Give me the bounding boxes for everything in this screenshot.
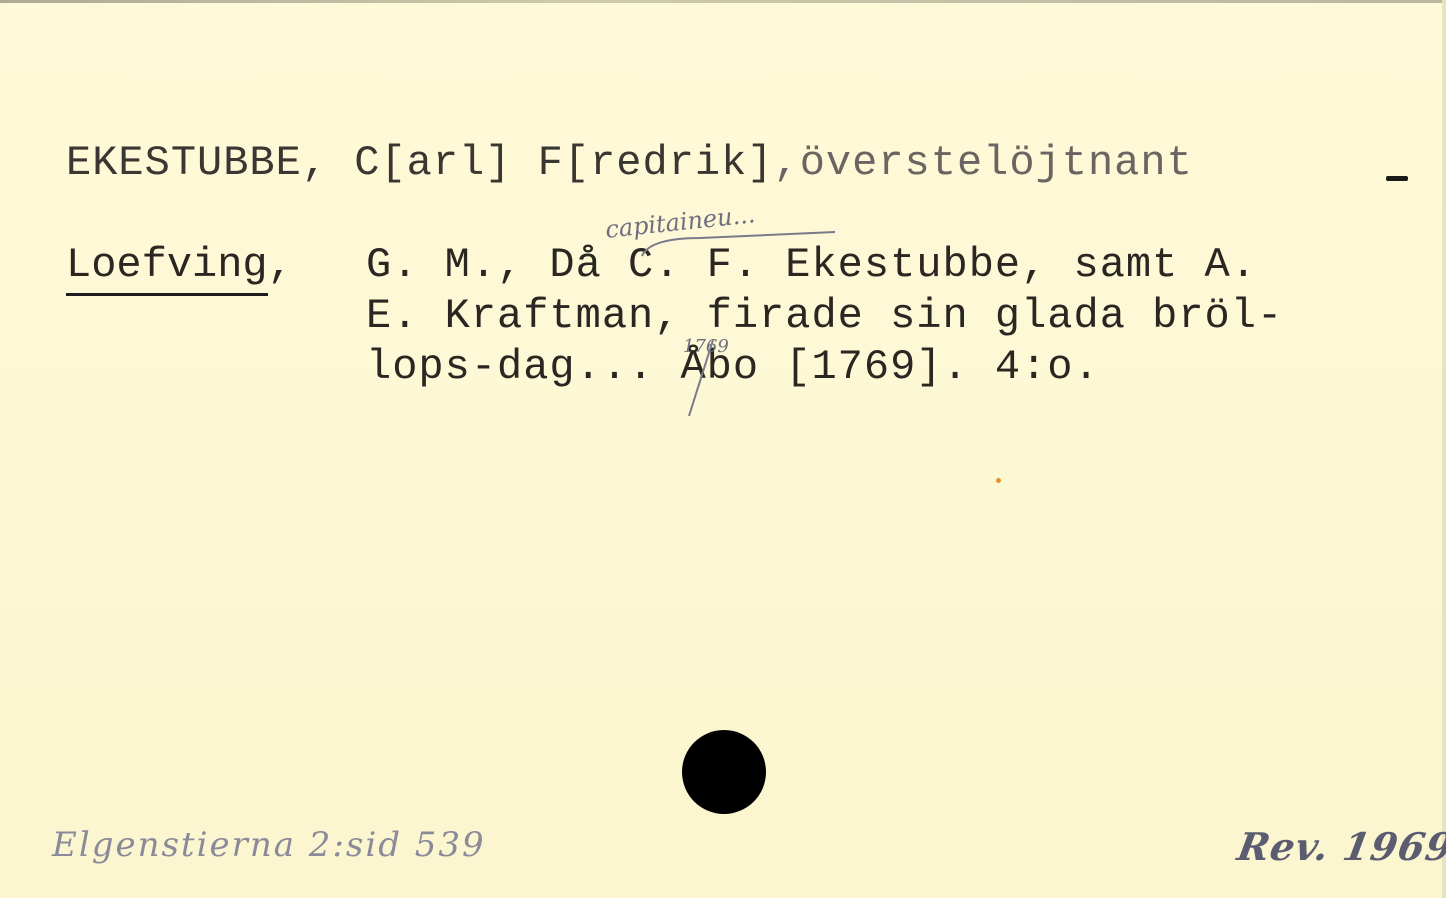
entry-line-3: lops-dag... Åbo [1769]. 4:o.: [366, 346, 1100, 388]
margin-dash-mark: [1386, 176, 1408, 181]
card-right-edge: [1442, 0, 1446, 898]
entry-line-2: E. Kraftman, firade sin glada bröl-: [366, 295, 1283, 337]
catalog-card: EKESTUBBE, C[arl] F[redrik],överstelöjtn…: [0, 0, 1446, 898]
insertion-arc-mark: [640, 228, 840, 258]
punch-hole: [682, 730, 766, 814]
handwritten-revision: Rev. 1969: [1235, 828, 1446, 866]
paper-speck: [996, 478, 1001, 483]
card-heading: EKESTUBBE, C[arl] F[redrik],överstelöjtn…: [66, 142, 1193, 184]
heading-name: EKESTUBBE, C[arl] F[redrik]: [66, 139, 774, 187]
heading-title: ,överstelöjtnant: [774, 139, 1193, 187]
author-suffix: ,: [268, 241, 293, 289]
entry-author: Loefving,: [66, 244, 293, 286]
card-top-edge: [0, 0, 1446, 3]
pencil-slash-mark: [685, 338, 715, 418]
author-name: Loefving: [66, 241, 268, 296]
handwritten-reference: Elgenstierna 2:sid 539: [52, 828, 486, 862]
